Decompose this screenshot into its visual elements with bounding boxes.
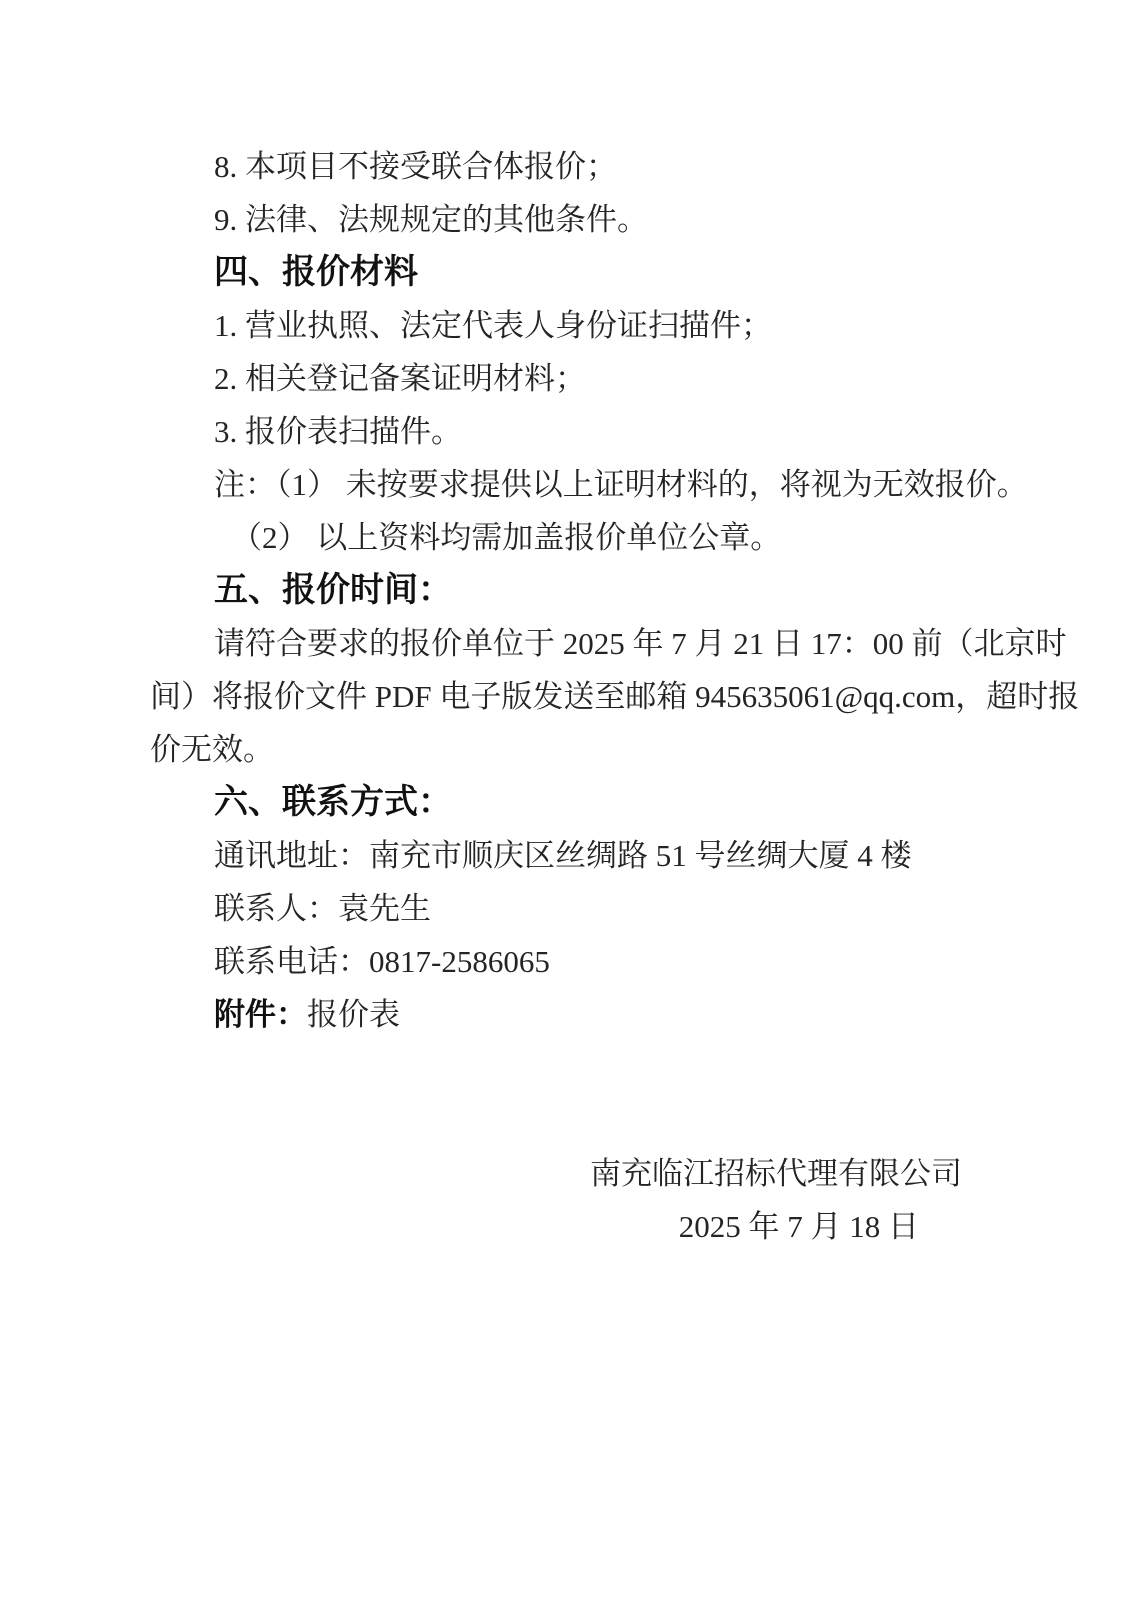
signature-company: 南充临江招标代理有限公司 (150, 1147, 982, 1200)
section-4-note-1: 注：（1） 未按要求提供以上证明材料的，将视为无效报价。 (150, 458, 982, 511)
signature-date: 2025 年 7 月 18 日 (150, 1200, 982, 1253)
attachment-value: 报价表 (307, 997, 400, 1032)
section-4-item-1: 1. 营业执照、法定代表人身份证扫描件； (150, 299, 982, 352)
section-4-heading: 四、报价材料 (150, 246, 982, 299)
section-4-item-2: 2. 相关登记备案证明材料； (150, 352, 982, 405)
section-5-heading: 五、报价时间： (150, 564, 982, 617)
document-page: 8. 本项目不接受联合体报价； 9. 法律、法规规定的其他条件。 四、报价材料 … (0, 0, 1131, 1600)
attachment-label: 附件： (214, 997, 307, 1032)
section-4-note-2: （2） 以上资料均需加盖报价单位公章。 (150, 511, 982, 564)
section-5-body-line-2: 间）将报价文件 PDF 电子版发送至邮箱 945635061@qq.com，超时… (150, 670, 982, 723)
list-item-8: 8. 本项目不接受联合体报价； (150, 140, 982, 193)
section-5-body-line-3: 价无效。 (150, 723, 982, 776)
contact-address: 通讯地址：南充市顺庆区丝绸路 51 号丝绸大厦 4 楼 (150, 829, 982, 882)
contact-phone: 联系电话：0817-2586065 (150, 935, 982, 988)
attachment-line: 附件：报价表 (150, 988, 982, 1041)
section-4-item-3: 3. 报价表扫描件。 (150, 405, 982, 458)
section-6-heading: 六、联系方式： (150, 776, 982, 829)
section-5-body-line-1: 请符合要求的报价单位于 2025 年 7 月 21 日 17：00 前（北京时 (150, 617, 982, 670)
document-body: 8. 本项目不接受联合体报价； 9. 法律、法规规定的其他条件。 四、报价材料 … (150, 140, 982, 1253)
vertical-gap (150, 1041, 982, 1147)
list-item-9: 9. 法律、法规规定的其他条件。 (150, 193, 982, 246)
contact-person: 联系人：袁先生 (150, 882, 982, 935)
